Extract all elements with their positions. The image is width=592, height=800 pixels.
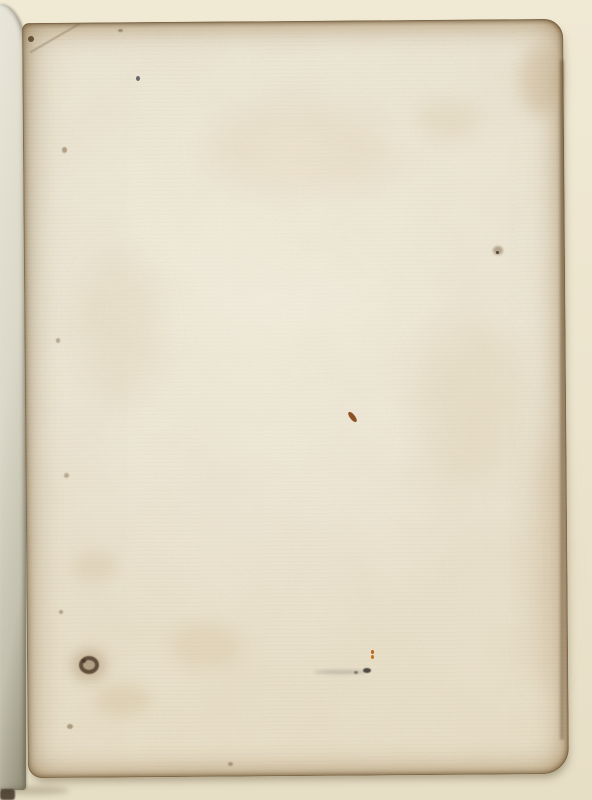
blank-parchment-page (22, 19, 569, 778)
page-edge-browning (22, 19, 569, 778)
manuscript-photo (0, 0, 592, 800)
board-corner-notch (0, 789, 15, 800)
